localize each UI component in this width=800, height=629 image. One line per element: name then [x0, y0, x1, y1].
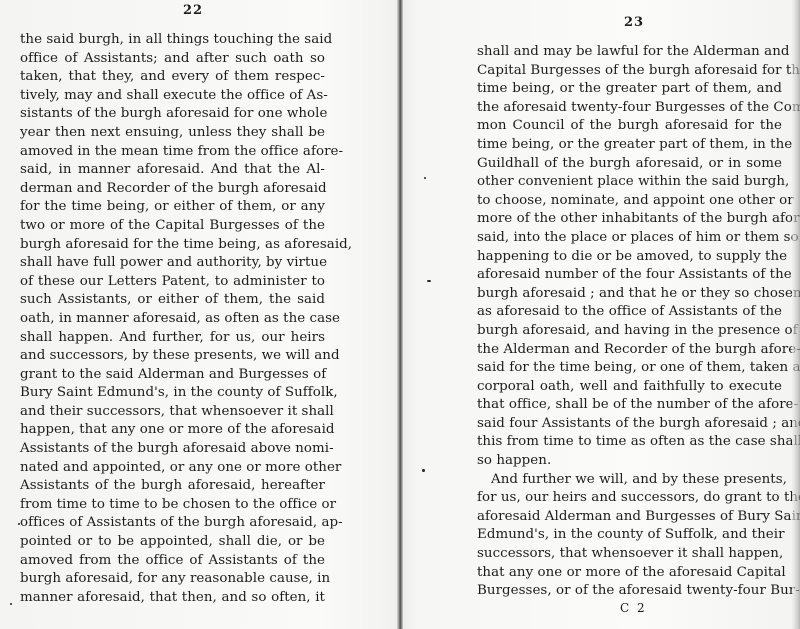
- text-line: that office, shall be of the number of t…: [477, 396, 782, 415]
- text-line: Capital Burgesses of the burgh aforesaid…: [477, 62, 782, 81]
- text-line: two or more of the Capital Burgesses of …: [20, 217, 325, 236]
- text-line: grant to the said Alderman and Burgesses…: [20, 366, 325, 385]
- text-line: time being, or the greater part of them,…: [477, 80, 782, 99]
- text-line: said, into the place or places of him or…: [477, 229, 782, 248]
- ink-speck: [10, 603, 12, 605]
- right-page: 23 shall and may be lawful for the Alder…: [402, 0, 800, 629]
- text-line: happening to die or be amoved, to supply…: [477, 248, 782, 267]
- text-line: happen, that any one or more of the afor…: [20, 421, 325, 440]
- text-line: nated and appointed, or any one or more …: [20, 459, 325, 478]
- text-line: tively, may and shall execute the office…: [20, 87, 325, 106]
- text-line: burgh aforesaid, and having in the prese…: [477, 322, 782, 341]
- text-line: aforesaid Alderman and Burgesses of Bury…: [477, 508, 782, 527]
- text-line: Edmund's, in the county of Suffolk, and …: [477, 526, 782, 545]
- text-line: shall and may be lawful for the Alderman…: [477, 43, 782, 62]
- text-line: mon Council of the burgh aforesaid for t…: [477, 117, 782, 136]
- text-line: said four Assistants of the burgh afores…: [477, 415, 782, 434]
- text-line: the aforesaid twenty-four Burgesses of t…: [477, 99, 782, 118]
- text-line: and their successors, that whensoever it…: [20, 403, 325, 422]
- text-line: Burgesses, or of the aforesaid twenty-fo…: [477, 582, 782, 601]
- text-line: And further we will, and by these presen…: [477, 471, 782, 490]
- text-line: manner aforesaid, that then, and so ofte…: [20, 589, 325, 608]
- text-line: other convenient place within the said b…: [477, 173, 782, 192]
- text-line: amoved in the mean time from the office …: [20, 143, 325, 162]
- text-line: said, in manner aforesaid. And that the …: [20, 161, 325, 180]
- page-number-right: 23: [624, 15, 644, 30]
- text-line: shall have full power and authority, by …: [20, 254, 325, 273]
- text-line: the Alderman and Recorder of the burgh a…: [477, 341, 782, 360]
- text-line: as aforesaid to the office of Assistants…: [477, 303, 782, 322]
- ink-speck: [18, 523, 20, 525]
- text-line: burgh aforesaid, for any reasonable caus…: [20, 570, 325, 589]
- text-line: of these our Letters Patent, to administ…: [20, 273, 325, 292]
- left-page: 22 the said burgh, in all things touchin…: [0, 0, 400, 629]
- text-line: year then next ensuing, unless they shal…: [20, 124, 325, 143]
- text-line: shall happen. And further, for us, our h…: [20, 329, 325, 348]
- right-page-text: shall and may be lawful for the Alderman…: [477, 43, 782, 601]
- text-line: pointed or to be appointed, shall die, o…: [20, 533, 325, 552]
- text-line: Guildhall of the burgh aforesaid, or in …: [477, 155, 782, 174]
- text-line: successors, that whensoever it shall hap…: [477, 545, 782, 564]
- text-line: corporal oath, well and faithfully to ex…: [477, 378, 782, 397]
- left-page-text: the said burgh, in all things touching t…: [20, 31, 325, 607]
- ink-speck: [424, 177, 426, 179]
- ink-speck: [422, 469, 425, 472]
- text-line: to choose, nominate, and appoint one oth…: [477, 192, 782, 211]
- text-line: amoved from the office of Assistants of …: [20, 552, 325, 571]
- text-line: more of the other inhabitants of the bur…: [477, 210, 782, 229]
- text-line: the said burgh, in all things touching t…: [20, 31, 325, 50]
- text-line: Assistants of the burgh aforesaid above …: [20, 440, 325, 459]
- text-line: so happen.: [477, 452, 782, 471]
- text-line: such Assistants, or either of them, the …: [20, 291, 325, 310]
- page-edge-shadow: [792, 0, 800, 629]
- text-line: that any one or more of the aforesaid Ca…: [477, 564, 782, 583]
- signature-mark: C 2: [620, 601, 647, 615]
- page-number-left: 22: [183, 3, 203, 18]
- text-line: and successors, by these presents, we wi…: [20, 347, 325, 366]
- text-line: taken, that they, and every of them resp…: [20, 68, 325, 87]
- text-line: Bury Saint Edmund's, in the county of Su…: [20, 384, 325, 403]
- text-line: oath, in manner aforesaid, as often as t…: [20, 310, 325, 329]
- text-line: for the time being, or either of them, o…: [20, 198, 325, 217]
- text-line: burgh aforesaid ; and that he or they so…: [477, 285, 782, 304]
- text-line: offices of Assistants of the burgh afore…: [20, 514, 325, 533]
- text-line: for us, our heirs and successors, do gra…: [477, 489, 782, 508]
- text-line: aforesaid number of the four Assistants …: [477, 266, 782, 285]
- text-line: this from time to time as often as the c…: [477, 433, 782, 452]
- text-line: burgh aforesaid for the time being, as a…: [20, 236, 325, 255]
- text-line: Assistants of the burgh aforesaid, herea…: [20, 477, 325, 496]
- ink-speck: [427, 280, 431, 282]
- text-line: from time to time to be chosen to the of…: [20, 496, 325, 515]
- text-line: derman and Recorder of the burgh aforesa…: [20, 180, 325, 199]
- text-line: time being, or the greater part of them,…: [477, 136, 782, 155]
- text-line: said for the time being, or one of them,…: [477, 359, 782, 378]
- text-line: sistants of the burgh aforesaid for one …: [20, 105, 325, 124]
- text-line: office of Assistants; and after such oat…: [20, 50, 325, 69]
